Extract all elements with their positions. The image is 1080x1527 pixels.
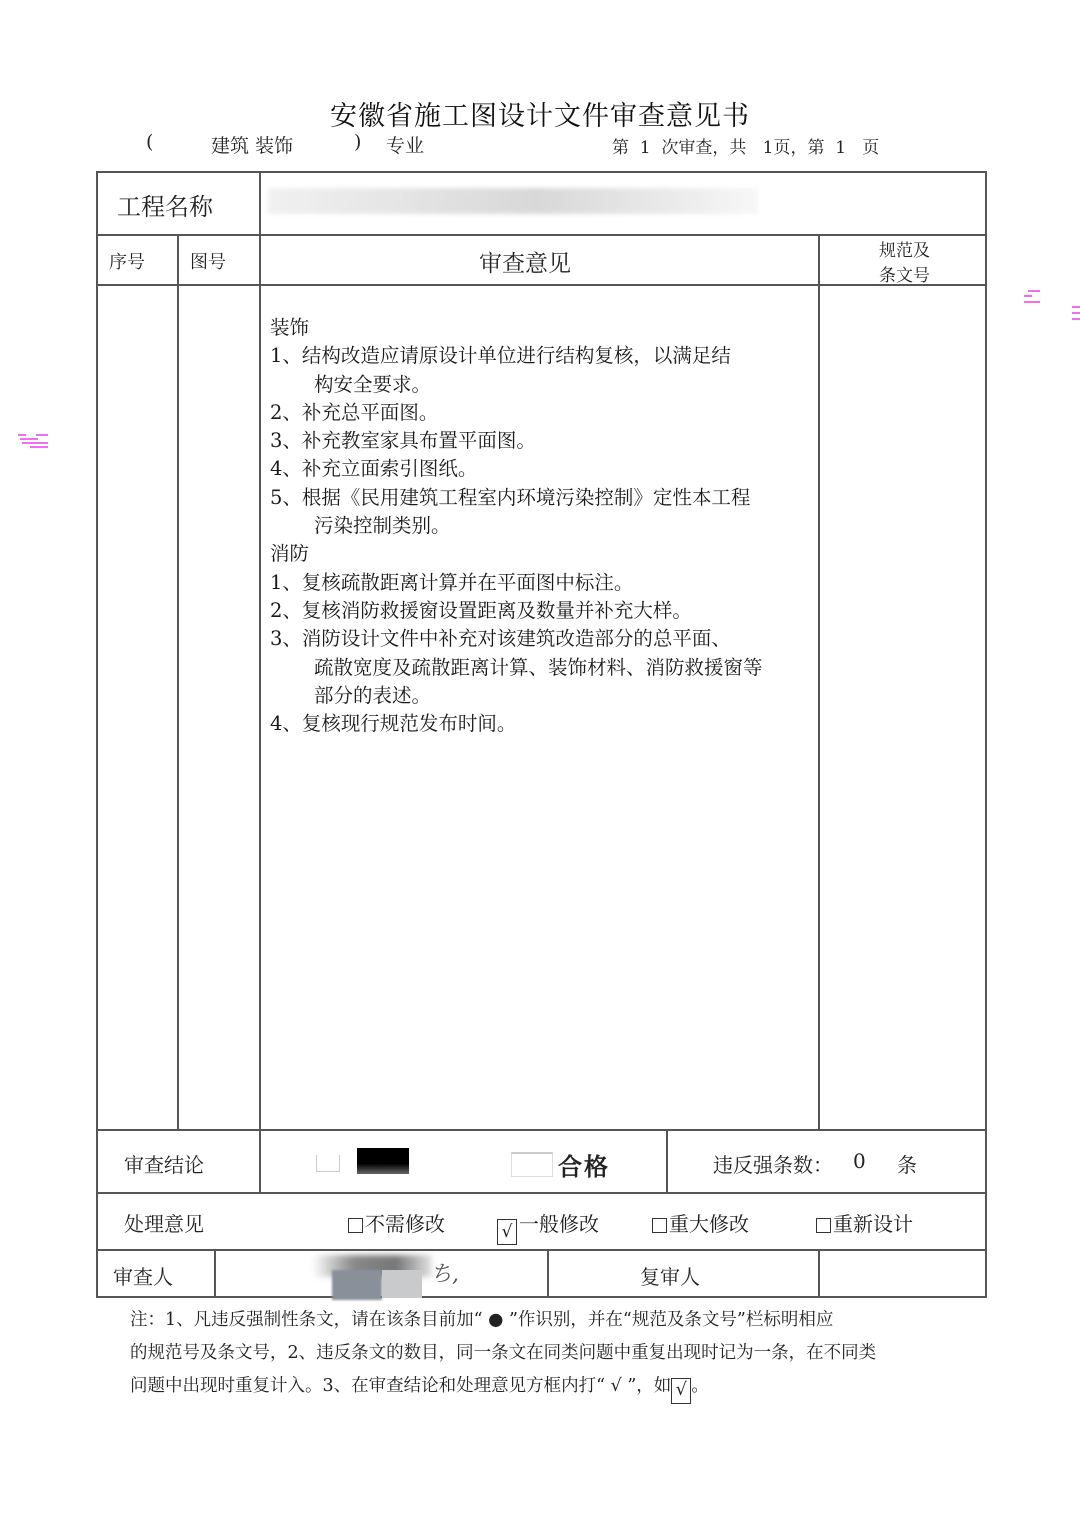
table-border-right (985, 171, 987, 1298)
opinion-line: 消防 (270, 540, 815, 568)
conclusion-label: 审查结论 (124, 1149, 204, 1178)
handling-label: 处理意见 (124, 1208, 204, 1237)
table-divider (96, 1192, 987, 1194)
table-border-left (96, 171, 98, 1298)
checkbox-icon[interactable] (652, 1218, 667, 1233)
opinion-line: 3、消防设计文件中补充对该建筑改造部分的总平面、 (270, 625, 815, 653)
opinion-line: 1、结构改造应请原设计单位进行结构复核，以满足结 (270, 342, 815, 370)
opinion-line: 2、复核消防救援窗设置距离及数量并补充大样。 (270, 597, 815, 625)
checkbox-icon[interactable] (348, 1218, 363, 1233)
note-line-1: 注：1、凡违反强制性条文，请在该条目前加“ ● ”作识别，并在“规范及条文号”栏… (130, 1306, 833, 1331)
page-info: 第 1 次审查，共 1页，第 1 页 (612, 133, 879, 158)
note-line-2: 的规范号及条文号，2、违反条文的数目，同一条文在同类问题中重复出现时记为一条，在… (130, 1339, 876, 1364)
table-divider (96, 1249, 987, 1251)
opinion-line: 4、复核现行规范发布时间。 (270, 710, 815, 738)
discipline-open-paren: ( (146, 131, 153, 153)
opinion-line: 5、根据《民用建筑工程室内环境污染控制》定性本工程 (270, 484, 815, 512)
discipline-suffix: 专业 (386, 131, 424, 158)
table-divider (818, 234, 820, 1130)
opinion-line: 3、补充教室家具布置平面图。 (270, 427, 815, 455)
conclusion-option1-checkbox[interactable] (316, 1155, 340, 1172)
header-code-line2: 条文号 (879, 261, 930, 286)
handling-option-major-change[interactable]: 重大修改 (652, 1208, 749, 1237)
review-opinions: 装饰 1、结构改造应请原设计单位进行结构复核，以满足结 构安全要求。 2、补充总… (270, 314, 815, 738)
opinion-line: 污染控制类别。 (270, 512, 815, 540)
header-opinions: 审查意见 (479, 245, 571, 278)
violations-label: 违反强条数： (713, 1149, 833, 1178)
discipline-close-paren: ) (354, 131, 361, 153)
table-divider (259, 171, 261, 1194)
violations-unit: 条 (897, 1149, 917, 1178)
header-code-line1: 规范及 (879, 236, 930, 261)
table-divider (666, 1129, 668, 1193)
table-divider (547, 1249, 549, 1297)
opinion-line: 部分的表述。 (270, 682, 815, 710)
rechecker-label: 复审人 (640, 1261, 700, 1290)
opinion-line: 装饰 (270, 314, 815, 342)
table-divider (96, 284, 987, 286)
handling-option-no-change[interactable]: 不需修改 (348, 1208, 445, 1237)
conclusion-option1-redacted (357, 1148, 409, 1174)
checkbox-icon[interactable] (816, 1218, 831, 1233)
table-divider (177, 234, 179, 1130)
opinion-line: 疏散宽度及疏散距离计算、装饰材料、消防救援窗等 (270, 654, 815, 682)
violations-count: 0 (853, 1149, 866, 1173)
document-title: 安徽省施工图设计文件审查意见书 (0, 94, 1080, 133)
sample-checkmark-box-icon: √ (671, 1378, 691, 1404)
opinion-line: 构安全要求。 (270, 371, 815, 399)
handling-option-general-change[interactable]: √一般修改 (497, 1208, 599, 1245)
discipline-value: 建筑 装饰 (211, 131, 293, 158)
header-drawing-no: 图号 (190, 248, 226, 274)
header-seq: 序号 (109, 248, 145, 274)
table-border-top (96, 171, 987, 173)
note-line-3: 问题中出现时重复计入。3、在审查结论和处理意见方框内打“ √ ”，如√。 (130, 1372, 709, 1404)
project-name-value-redacted (268, 188, 758, 214)
opinion-line: 2、补充总平面图。 (270, 399, 815, 427)
table-divider (214, 1249, 216, 1297)
project-name-label: 工程名称 (117, 187, 213, 222)
reviewer-signature-redacted (332, 1270, 382, 1300)
table-divider (96, 1129, 987, 1131)
signature-stroke: ち, (430, 1257, 459, 1288)
table-border-bottom (96, 1296, 987, 1298)
reviewer-label: 审查人 (113, 1261, 173, 1290)
table-divider (818, 1249, 820, 1297)
opinion-line: 1、复核疏散距离计算并在平面图中标注。 (270, 569, 815, 597)
opinion-line: 4、补充立面索引图纸。 (270, 455, 815, 483)
reviewer-signature-redacted (382, 1270, 422, 1298)
checkmark-checkbox-icon[interactable]: √ (497, 1219, 517, 1245)
handling-option-redesign[interactable]: 重新设计 (816, 1208, 913, 1237)
table-divider (96, 234, 987, 236)
conclusion-option2-label: 合格 (558, 1147, 610, 1182)
conclusion-option2-checkbox[interactable] (511, 1152, 553, 1177)
